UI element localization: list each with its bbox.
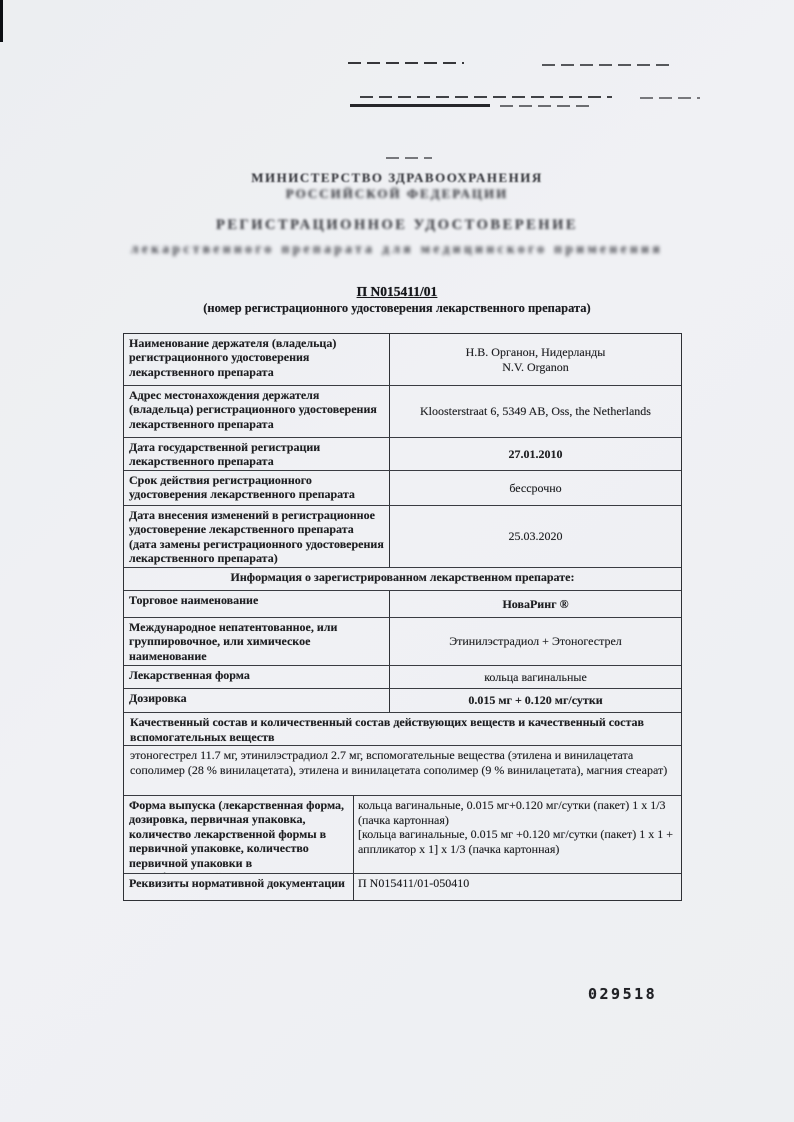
scanned-certificate-page: МИНИСТЕРСТВО ЗДРАВООХРАНЕНИЯ РОССИЙСКОЙ …: [0, 0, 794, 1122]
scan-artifact: [360, 96, 612, 98]
scan-artifact: [640, 97, 700, 99]
scan-edge-artifact: [0, 0, 3, 42]
row-value: 27.01.2010: [390, 438, 681, 470]
table-row-registration-date: Дата государственной регистрации лекарст…: [124, 438, 681, 471]
row-value: 0.015 мг + 0.120 мг/сутки: [390, 689, 681, 712]
table-row-info-heading: Информация о зарегистрированном лекарств…: [124, 568, 681, 591]
ministry-line1: МИНИСТЕРСТВО ЗДРАВООХРАНЕНИЯ: [0, 170, 794, 186]
ministry-name: МИНИСТЕРСТВО ЗДРАВООХРАНЕНИЯ РОССИЙСКОЙ …: [0, 170, 794, 201]
row-label: Адрес местонахождения держателя (владель…: [124, 386, 390, 437]
section-heading: Информация о зарегистрированном лекарств…: [124, 568, 681, 590]
scan-artifact: [500, 105, 595, 107]
row-value: П N015411/01-050410: [354, 874, 681, 900]
row-label: Форма выпуска (лекарственная форма, дози…: [124, 796, 354, 873]
table-row-dosage-form: Лекарственная форма кольца вагинальные: [124, 666, 681, 689]
row-value: Kloosterstraat 6, 5349 AB, Oss, the Neth…: [390, 386, 681, 437]
registration-number: П N015411/01: [0, 284, 794, 300]
row-value: Этинилэстрадиол + Этоногестрел: [390, 618, 681, 665]
table-row-dose: Дозировка 0.015 мг + 0.120 мг/сутки: [124, 689, 681, 713]
registration-table: Наименование держателя (владельца) регис…: [123, 333, 682, 901]
table-row-holder-name: Наименование держателя (владельца) регис…: [124, 334, 681, 386]
table-row-inn: Международное непатентованное, или групп…: [124, 618, 681, 666]
registration-number-caption: (номер регистрационного удостоверения ле…: [0, 301, 794, 316]
row-label: Дата государственной регистрации лекарст…: [124, 438, 390, 470]
table-row-holder-address: Адрес местонахождения держателя (владель…: [124, 386, 681, 438]
row-value: кольца вагинальные: [390, 666, 681, 688]
row-label: Торговое наименование: [124, 591, 390, 617]
row-label: Лекарственная форма: [124, 666, 390, 688]
document-title: РЕГИСТРАЦИОННОЕ УДОСТОВЕРЕНИЕ: [0, 217, 794, 234]
row-label: Дозировка: [124, 689, 390, 712]
table-row-validity: Срок действия регистрационного удостовер…: [124, 471, 681, 506]
row-label: Наименование держателя (владельца) регис…: [124, 334, 390, 385]
row-label: Дата внесения изменений в регистрационно…: [124, 506, 390, 567]
table-row-composition-text: этоногестрел 11.7 мг, этинилэстрадиол 2.…: [124, 746, 681, 796]
section-heading: Качественный состав и количественный сос…: [124, 713, 681, 745]
table-row-trade-name: Торговое наименование НоваРинг ®: [124, 591, 681, 618]
table-row-release-form: Форма выпуска (лекарственная форма, дози…: [124, 796, 681, 874]
serial-stamp: 029518: [588, 985, 657, 1003]
row-value: Н.В. Органон, Нидерланды N.V. Organon: [390, 334, 681, 385]
document-subtitle: лекарственного препарата для медицинског…: [0, 241, 794, 257]
scan-artifact: [542, 64, 670, 66]
row-value: 25.03.2020: [390, 506, 681, 567]
row-label: Международное непатентованное, или групп…: [124, 618, 390, 665]
scan-artifact: [348, 62, 464, 64]
scan-artifact: [386, 157, 432, 159]
row-label: Срок действия регистрационного удостовер…: [124, 471, 390, 505]
ministry-line2: РОССИЙСКОЙ ФЕДЕРАЦИИ: [0, 186, 794, 202]
row-value: бессрочно: [390, 471, 681, 505]
table-row-amendment-date: Дата внесения изменений в регистрационно…: [124, 506, 681, 568]
scan-artifact: [350, 104, 490, 107]
row-value: НоваРинг ®: [390, 591, 681, 617]
composition-text: этоногестрел 11.7 мг, этинилэстрадиол 2.…: [124, 746, 681, 795]
row-label: Реквизиты нормативной документации: [124, 874, 354, 900]
row-value: кольца вагинальные, 0.015 мг+0.120 мг/су…: [354, 796, 681, 873]
table-row-normative-docs: Реквизиты нормативной документации П N01…: [124, 874, 681, 900]
table-row-composition-heading: Качественный состав и количественный сос…: [124, 713, 681, 746]
